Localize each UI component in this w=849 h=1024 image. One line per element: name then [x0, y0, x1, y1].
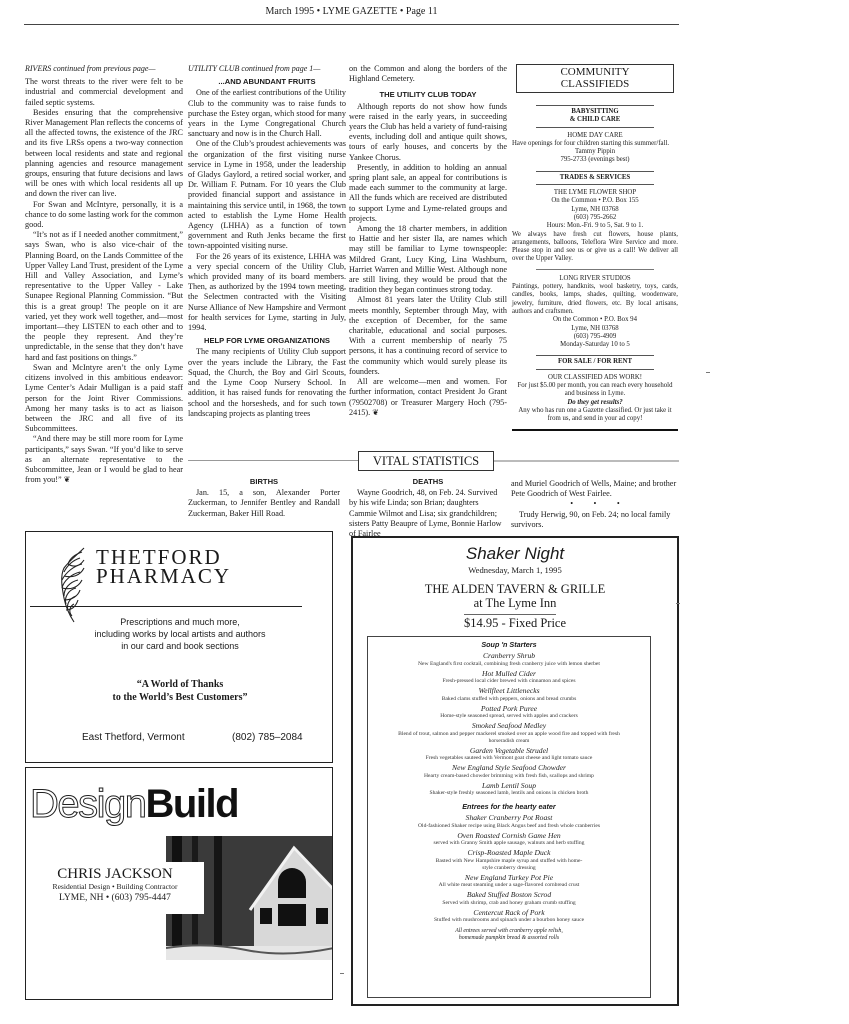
menu-item-name: Centercut Rack of Pork — [368, 909, 650, 918]
utility-paragraph: All are welcome—men and women. For furth… — [349, 377, 507, 418]
ad-phone: (603) 795-4909 — [512, 333, 678, 341]
classifieds-title-line: COMMUNITY — [517, 67, 673, 79]
vital-statistics-title: VITAL STATISTICS — [358, 451, 494, 471]
divider — [512, 429, 678, 431]
menu-footer-line: All entrees served with cranberry apple … — [368, 928, 650, 935]
venue-line: at The Lyme Inn — [353, 596, 677, 610]
contact-phone: 795-2733 (evenings best) — [512, 156, 678, 164]
menu-item: Crisp-Roasted Maple DuckBasted with New … — [368, 849, 650, 872]
promo-line: OUR CLASSIFIED ADS WORK! — [512, 374, 678, 382]
utility-paragraph: One of the Club’s proudest achievements … — [188, 139, 346, 251]
pharmacy-phone: (802) 785–2084 — [232, 732, 303, 743]
classifieds-section-babysitting: BABYSITTING & CHILD CARE — [536, 105, 654, 128]
designbuild-ad: DesignBuild CHRIS JACKSON Residential De… — [25, 767, 333, 1000]
utility-paragraph: One of the earliest contributions of the… — [188, 88, 346, 139]
thetford-pharmacy-ad: THETFORD PHARMACY Prescriptions and much… — [25, 531, 333, 763]
rivers-paragraph: Swan and McIntyre aren’t the only Lyme c… — [25, 363, 183, 434]
ad-title: THE LYME FLOWER SHOP — [512, 189, 678, 197]
menu-item-desc: Home-style seasoned spread, served with … — [368, 713, 650, 720]
menu-item-desc: Fresh vegetables sauteed with Vermont go… — [368, 755, 650, 762]
shaker-night-ad: Shaker Night Wednesday, March 1, 1995 TH… — [351, 536, 679, 1006]
tagline-line: in our card and book sections — [26, 640, 334, 652]
rivers-paragraph: Besides ensuring that the comprehensive … — [25, 108, 183, 200]
menu-item: New England Turkey Pot PieAll white meat… — [368, 874, 650, 890]
contact-name: Tammy Pippin — [512, 148, 678, 156]
section-heading: & CHILD CARE — [536, 116, 654, 124]
end-mark-icon: ❦ — [64, 475, 71, 484]
community-classifieds: COMMUNITY CLASSIFIEDS BABYSITTING & CHIL… — [512, 64, 678, 431]
venue-line: THE ALDEN TAVERN & GRILLE — [353, 582, 677, 596]
scan-artifact — [340, 973, 344, 974]
births-section: BIRTHS Jan. 15, a son, Alexander Porter … — [188, 474, 340, 519]
ad-address: Lyme, NH 03768 — [512, 206, 678, 214]
menu-item-desc: Baked clams stuffed with peppers, onions… — [368, 696, 650, 703]
menu-item-desc: Fresh-pressed local cider brewed with ci… — [368, 678, 650, 685]
menu-item-desc: served with Granny Smith apple sausage, … — [368, 840, 650, 847]
menu-item-desc: Hearty cream-based chowder brimming with… — [368, 773, 650, 780]
menu-item-name: Crisp-Roasted Maple Duck — [368, 849, 650, 858]
classifieds-section-forsale: FOR SALE / FOR RENT — [536, 355, 654, 369]
ad-address: On the Common • P.O. Box 94 — [512, 316, 678, 324]
deaths-text: and Muriel Goodrich of Wells, Maine; and… — [511, 479, 679, 499]
pharmacy-address: East Thetford, Vermont — [82, 732, 185, 743]
tagline-line: Prescriptions and much more, — [26, 616, 334, 628]
births-heading: BIRTHS — [188, 477, 340, 487]
menu-item-name: Lamb Lentil Soup — [368, 782, 650, 791]
menu-item: Shaker Cranberry Pot RoastOld-fashioned … — [368, 814, 650, 830]
menu-item: Potted Pork PureeHome-style seasoned spr… — [368, 705, 650, 721]
utility-paragraph: Among the 18 charter members, in additio… — [349, 224, 507, 295]
menu-item-name: Hot Mulled Cider — [368, 670, 650, 679]
menu-footer-line: homemade pumpkin bread & assorted rolls — [368, 935, 650, 942]
rivers-paragraph: “And there may be still more room for Ly… — [25, 434, 183, 485]
slogan-line: to the World’s Best Customers” — [26, 691, 334, 704]
utility-subhead-today: THE UTILITY CLUB TODAY — [349, 90, 507, 100]
pharmacy-name: THETFORD PHARMACY — [96, 548, 231, 586]
rivers-kicker: RIVERS continued from previous page— — [25, 64, 183, 74]
scan-artifact — [676, 603, 680, 604]
ad-hours: Hours: Mon.-Fri. 9 to 5, Sat. 9 to 1. — [512, 222, 678, 230]
menu-item-name: Cranberry Shrub — [368, 652, 650, 661]
promo-line: For just $5.00 per month, you can reach … — [512, 382, 678, 399]
ad-title: LONG RIVER STUDIOS — [512, 275, 678, 283]
contractor-contact: LYME, NH • (603) 795-4447 — [26, 892, 204, 904]
event-price: $14.95 - Fixed Price — [353, 616, 677, 631]
promo-line: Any who has run one a Gazette classified… — [512, 407, 678, 424]
utility-paragraph: on the Common and along the borders of t… — [349, 64, 507, 84]
page-header: March 1995 • LYME GAZETTE • Page 11 — [24, 6, 679, 22]
ad-address: Lyme, NH 03768 — [512, 325, 678, 333]
deaths-section-cont: and Muriel Goodrich of Wells, Maine; and… — [511, 479, 679, 530]
rivers-paragraph: “It’s not as if I needed another commitm… — [25, 230, 183, 363]
event-title: Shaker Night — [353, 544, 677, 564]
menu-item-desc: Shaker-style freshly seasoned lamb, lent… — [368, 790, 650, 797]
menu-item: Cranberry ShrubNew England's first cockt… — [368, 652, 650, 668]
menu-item-desc: New England's first cocktail, combining … — [368, 661, 650, 668]
event-venue: THE ALDEN TAVERN & GRILLE at The Lyme In… — [353, 582, 677, 610]
ad-phone: (603) 795-2662 — [512, 214, 678, 222]
event-date: Wednesday, March 1, 1995 — [353, 565, 677, 575]
ad-body: We always have fresh cut flowers, house … — [512, 231, 678, 264]
designbuild-contact-card: CHRIS JACKSON Residential Design • Build… — [26, 862, 204, 914]
menu-item-name: New England Style Seafood Chowder — [368, 764, 650, 773]
rivers-closing-text: “And there may be still more room for Ly… — [25, 434, 183, 484]
menu-item-desc: Basted with New Hampshire maple syrup an… — [368, 858, 650, 872]
rivers-paragraph: The worst threats to the river were felt… — [25, 77, 183, 108]
divider — [30, 606, 302, 607]
utility-paragraph: The many recipients of Utility Club supp… — [188, 347, 346, 418]
ad-hours: Monday-Saturday 10 to 5 — [512, 341, 678, 349]
menu-item-name: Oven Roasted Cornish Game Hen — [368, 832, 650, 841]
menu-item-desc: Blend of trout, salmon and pepper macker… — [368, 731, 650, 745]
utility-paragraph: Although reports do not show how funds w… — [349, 102, 507, 163]
menu-item: Smoked Seafood MedleyBlend of trout, sal… — [368, 722, 650, 745]
logo-build-text: Build — [146, 782, 238, 826]
divider — [536, 269, 654, 270]
menu-item: Oven Roasted Cornish Game Henserved with… — [368, 832, 650, 848]
logo-design-text: Design — [30, 782, 146, 826]
end-mark-icon: ❦ — [372, 408, 379, 417]
ad-title: HOME DAY CARE — [512, 132, 678, 140]
classifieds-section-trades: TRADES & SERVICES — [536, 171, 654, 185]
rivers-article: RIVERS continued from previous page— The… — [25, 64, 183, 485]
rivers-paragraph: For Swan and McIntyre, personally, it is… — [25, 200, 183, 231]
section-heading: BABYSITTING — [536, 108, 654, 116]
classifieds-title-line: CLASSIFIEDS — [517, 79, 673, 91]
pine-cone-icon — [56, 546, 90, 624]
menu-item-name: New England Turkey Pot Pie — [368, 874, 650, 883]
menu-item-desc: Served with shrimp, crab and honey graha… — [368, 900, 650, 907]
contractor-services: Residential Design • Building Contractor — [26, 882, 204, 892]
promo-line: Do they get results? — [512, 399, 678, 407]
utility-paragraph: Presently, in addition to holding an ann… — [349, 163, 507, 224]
menu-item-name: Potted Pork Puree — [368, 705, 650, 714]
classifieds-title: COMMUNITY CLASSIFIEDS — [516, 64, 674, 93]
pharmacy-slogan: “A World of Thanks to the World’s Best C… — [26, 678, 334, 704]
menu-item-desc: Stuffed with mushrooms and spinach under… — [368, 917, 650, 924]
menu-item: New England Style Seafood ChowderHearty … — [368, 764, 650, 780]
divider — [464, 614, 556, 615]
utility-club-article-col2: on the Common and along the borders of t… — [349, 64, 507, 418]
divider — [494, 460, 679, 462]
ad-body: Paintings, pottery, handknits, wool bask… — [512, 283, 678, 316]
menu-item-name: Wellfleet Littlenecks — [368, 687, 650, 696]
menu-section-heading: Soup 'n Starters — [368, 640, 650, 649]
ad-address: On the Common • P.O. Box 155 — [512, 197, 678, 205]
menu-footer: All entrees served with cranberry apple … — [368, 928, 650, 942]
utility-paragraph: Almost 81 years later the Utility Club s… — [349, 295, 507, 377]
contractor-name: CHRIS JACKSON — [26, 866, 204, 882]
utility-subhead-fruits: ...AND ABUNDANT FRUITS — [188, 77, 346, 87]
menu-item: Lamb Lentil SoupShaker-style freshly sea… — [368, 782, 650, 798]
menu-box: Soup 'n Starters Cranberry ShrubNew Engl… — [367, 636, 651, 998]
header-rule — [24, 24, 679, 25]
separator: • • • — [511, 499, 679, 509]
utility-kicker: UTILITY CLUB continued from page 1— — [188, 64, 346, 74]
scan-artifact — [706, 372, 710, 373]
menu-item-name: Baked Stuffed Boston Scrod — [368, 891, 650, 900]
ad-body: Have openings for four children starting… — [512, 140, 678, 148]
tagline-line: including works by local artists and aut… — [26, 628, 334, 640]
menu-item: Hot Mulled CiderFresh-pressed local cide… — [368, 670, 650, 686]
deaths-section: DEATHS Wayne Goodrich, 48, on Feb. 24. S… — [349, 474, 507, 539]
deaths-text: Trudy Herwig, 90, on Feb. 24; no local f… — [511, 510, 679, 530]
births-text: Jan. 15, a son, Alexander Porter Zuckerm… — [188, 488, 340, 519]
divider — [188, 460, 358, 461]
utility-paragraph: For the 26 years of its existence, LHHA … — [188, 252, 346, 334]
pharmacy-name-line: PHARMACY — [96, 567, 231, 586]
menu-item-name: Smoked Seafood Medley — [368, 722, 650, 731]
menu-item-name: Garden Vegetable Strudel — [368, 747, 650, 756]
menu-item-name: Shaker Cranberry Pot Roast — [368, 814, 650, 823]
designbuild-logo: DesignBuild — [30, 782, 238, 826]
menu-item: Garden Vegetable StrudelFresh vegetables… — [368, 747, 650, 763]
deaths-text: Wayne Goodrich, 48, on Feb. 24. Survived… — [349, 488, 507, 539]
menu-item: Wellfleet LittlenecksBaked clams stuffed… — [368, 687, 650, 703]
slogan-line: “A World of Thanks — [26, 678, 334, 691]
deaths-heading: DEATHS — [349, 477, 507, 487]
pharmacy-tagline: Prescriptions and much more, including w… — [26, 616, 334, 652]
utility-club-article-col1: UTILITY CLUB continued from page 1— ...A… — [188, 64, 346, 419]
menu-item-desc: All white meat steaming under a sage-fla… — [368, 882, 650, 889]
menu-item: Baked Stuffed Boston ScrodServed with sh… — [368, 891, 650, 907]
menu-item: Centercut Rack of PorkStuffed with mushr… — [368, 909, 650, 925]
utility-subhead-help: HELP FOR LYME ORGANIZATIONS — [188, 336, 346, 346]
menu-item-desc: Old-fashioned Shaker recipe using Black … — [368, 823, 650, 830]
menu-section-heading: Entrees for the hearty eater — [368, 802, 650, 811]
